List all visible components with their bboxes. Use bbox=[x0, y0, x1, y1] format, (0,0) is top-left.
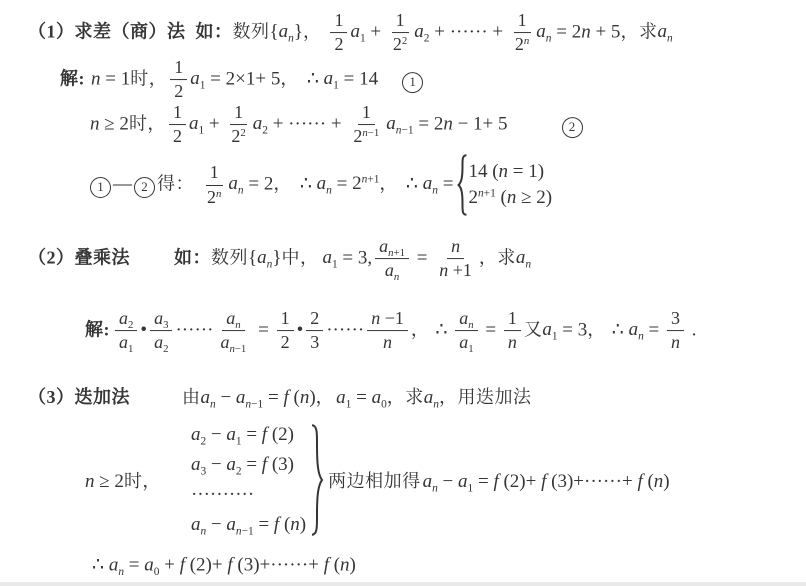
subscript-term: a2 bbox=[253, 113, 268, 134]
math-text: ······ bbox=[326, 319, 364, 340]
subscript-term: a3 bbox=[191, 454, 206, 475]
subscript-term: a1 bbox=[189, 113, 204, 134]
math-text: a bbox=[144, 555, 154, 576]
math-text: 2 bbox=[402, 36, 407, 48]
math-text: a bbox=[154, 333, 163, 353]
chinese-text: ， bbox=[411, 319, 430, 339]
method1-solve-n2-line: n ≥ 2时，12a1 + 122a2 + ······ + 12n−1an−1… bbox=[90, 103, 585, 147]
chinese-text: （2）叠乘法 bbox=[28, 247, 130, 267]
math-text: n+1 bbox=[478, 188, 496, 200]
fraction: 12n bbox=[511, 11, 533, 55]
math-text: 2 bbox=[174, 82, 183, 102]
math-text: n bbox=[383, 333, 392, 353]
spacer bbox=[130, 262, 174, 263]
spacer bbox=[194, 188, 200, 189]
math-text: a bbox=[458, 471, 468, 492]
chinese-text: ， bbox=[280, 68, 299, 88]
cases-group: 14 (n = 1)2n+1 (n ≥ 2) bbox=[457, 154, 552, 216]
math-text: a bbox=[257, 247, 267, 268]
math-text: a bbox=[379, 236, 388, 256]
fraction: 1n bbox=[504, 309, 521, 353]
math-text: a bbox=[228, 173, 238, 194]
math-text: ······ bbox=[175, 319, 213, 340]
math-text: 1 bbox=[508, 308, 517, 328]
math-text: + ······ + bbox=[429, 21, 507, 42]
math-text: + bbox=[204, 113, 224, 134]
math-text: (n ≥ 2) bbox=[496, 187, 552, 208]
math-text: ∴ bbox=[307, 68, 324, 89]
circled-number: 2 bbox=[562, 117, 583, 138]
math-text: a bbox=[226, 454, 236, 475]
math-text: = bbox=[481, 319, 501, 340]
fraction-denominator: 2n−1 bbox=[349, 126, 383, 147]
fraction-denominator: 2 bbox=[169, 126, 186, 147]
math-text: n bbox=[394, 272, 399, 284]
math-text: ∴ bbox=[300, 173, 317, 194]
fraction-numerator: 1 bbox=[170, 58, 187, 80]
math-text: a bbox=[201, 387, 211, 408]
fraction-denominator: 2 bbox=[330, 34, 347, 55]
fraction-denominator: a2 bbox=[150, 332, 172, 353]
superscript-term: 22 bbox=[231, 127, 245, 147]
chinese-text: 如： bbox=[196, 21, 233, 41]
fraction-denominator: n bbox=[667, 332, 684, 353]
spacer bbox=[130, 402, 182, 403]
math-text: 3 bbox=[310, 333, 319, 353]
subscript-term: a2 bbox=[414, 21, 429, 42]
circled-number: 1 bbox=[90, 177, 111, 198]
math-text: 2 bbox=[334, 35, 343, 55]
chinese-text: 时， bbox=[124, 471, 161, 491]
math-notes-document: （1）求差（商）法如：数列{an}，12a1 + 122a2 + ······ … bbox=[0, 0, 806, 586]
math-text: = bbox=[412, 247, 432, 268]
math-text: 2 bbox=[468, 187, 478, 208]
fraction: 12n−1 bbox=[349, 103, 383, 147]
subscript-term: a1 bbox=[459, 333, 473, 353]
method3-title-line: （3）迭加法由an − an−1 = f (n)，a1 = a0，求an，用迭加… bbox=[28, 383, 531, 409]
math-text: a bbox=[191, 514, 201, 535]
chinese-text: ， bbox=[273, 173, 292, 193]
math-text: n+1 bbox=[388, 247, 405, 259]
fraction-denominator: a1 bbox=[455, 332, 477, 353]
chinese-text: 由 bbox=[182, 387, 201, 407]
fraction-numerator: 2 bbox=[306, 309, 323, 331]
math-text: 14 (n = 1) bbox=[468, 161, 544, 182]
math-text: = 2×1+ 5 bbox=[205, 68, 280, 89]
math-text: ∴ bbox=[435, 319, 452, 340]
subscript-term: a2 bbox=[119, 308, 133, 328]
math-text: = f (n) bbox=[254, 514, 306, 535]
math-text: − bbox=[206, 514, 226, 535]
fraction-numerator: n −1 bbox=[367, 309, 408, 331]
math-text: n bbox=[524, 36, 529, 48]
math-text: = 3, bbox=[338, 247, 372, 268]
math-text: a bbox=[386, 113, 396, 134]
method3-result-line: ∴ an = a0 + f (2)+ f (3)+······+ f (n) bbox=[92, 554, 356, 577]
subscript-term: a1 bbox=[190, 68, 205, 89]
fraction: 12n bbox=[203, 163, 225, 207]
system-condition: n ≥ 2时， bbox=[85, 467, 187, 493]
math-text: } bbox=[294, 21, 303, 42]
subscript-term: a2 bbox=[191, 424, 206, 445]
fraction-numerator: 1 bbox=[230, 103, 247, 125]
math-text: a bbox=[657, 21, 667, 42]
equation-row: ·········· bbox=[191, 480, 254, 510]
math-text: a bbox=[350, 21, 360, 42]
math-text: = bbox=[332, 173, 352, 194]
subscript-term: a1 bbox=[119, 333, 133, 353]
math-text: n bbox=[235, 319, 240, 331]
subscript-term: an bbox=[257, 247, 272, 268]
math-text: 1 bbox=[234, 102, 243, 122]
math-text: a bbox=[226, 514, 236, 535]
subscript-term: an−1 bbox=[220, 333, 246, 353]
chinese-text: ， bbox=[620, 21, 639, 41]
subscript-term: an bbox=[109, 555, 124, 576]
superscript-term: 2n−1 bbox=[353, 127, 379, 147]
math-text: 3 bbox=[671, 308, 680, 328]
fraction-numerator: 1 bbox=[330, 11, 347, 33]
circled-number: 2 bbox=[134, 177, 155, 198]
chinese-text: 求 bbox=[497, 247, 516, 267]
subscript-term: an−1 bbox=[226, 514, 253, 535]
fraction-denominator: 22 bbox=[227, 126, 249, 147]
system-conclusion: 两边相加得an − a1 = f (2)+ f (3)+······+ f (n… bbox=[328, 467, 670, 493]
fraction-denominator: 2 bbox=[277, 332, 294, 353]
spacer bbox=[161, 486, 187, 487]
math-text: 1 bbox=[334, 10, 343, 30]
math-text: = f (2)+ f (3)+······+ f (n) bbox=[473, 471, 669, 492]
chinese-text: 求 bbox=[405, 387, 424, 407]
math-text: a bbox=[324, 68, 334, 89]
fraction-numerator: 1 bbox=[358, 103, 375, 125]
subscript-term: an bbox=[201, 387, 216, 408]
math-text: n−1 bbox=[396, 125, 414, 137]
cases-row: 2n+1 (n ≥ 2) bbox=[468, 185, 552, 211]
math-text: a bbox=[154, 308, 163, 328]
math-text: a bbox=[253, 113, 263, 134]
math-text: = bbox=[124, 555, 144, 576]
right-brace-icon bbox=[310, 423, 324, 537]
math-text: = bbox=[351, 387, 371, 408]
spacer bbox=[398, 188, 406, 189]
math-text: — bbox=[113, 173, 132, 194]
math-text: n = 1 bbox=[91, 68, 130, 89]
math-text: n−1 bbox=[229, 344, 246, 356]
subscript-term: an bbox=[424, 387, 439, 408]
math-text: • bbox=[140, 319, 147, 340]
chinese-text: 数列 bbox=[233, 21, 270, 41]
math-text: a bbox=[191, 454, 201, 475]
math-text: a bbox=[542, 319, 552, 340]
subscript-term: an bbox=[226, 308, 240, 328]
method3-system-line: n ≥ 2时，a2 − a1 = f (2)a3 − a2 = f (3)···… bbox=[85, 420, 670, 540]
math-text: 1 bbox=[174, 57, 183, 77]
subscript-term: a1 bbox=[542, 319, 557, 340]
math-text: a bbox=[191, 424, 201, 445]
math-text: a bbox=[317, 173, 327, 194]
fraction-numerator: an+1 bbox=[375, 237, 409, 259]
math-text: + f (2)+ f (3)+······+ f (n) bbox=[159, 555, 355, 576]
math-text: 2 bbox=[231, 127, 240, 147]
math-text: n bbox=[216, 188, 221, 200]
math-text: n bbox=[508, 333, 517, 353]
superscript-term: 22 bbox=[393, 35, 407, 55]
method1-solve-n1-line: 解:n = 1时，12a1 = 2×1+ 5，∴ a1 = 141 bbox=[60, 58, 425, 102]
fraction-denominator: an−1 bbox=[216, 332, 250, 353]
math-text: ∴ bbox=[612, 319, 629, 340]
math-text: 1 bbox=[128, 344, 133, 356]
math-text: n bbox=[525, 259, 531, 271]
math-text: 2 bbox=[173, 127, 182, 147]
subscript-term: an bbox=[516, 247, 531, 268]
fraction-denominator: n bbox=[504, 332, 521, 353]
method1-subtract-result-line: 1—2得：12nan = 2，∴ an = 2n+1，∴ an =14 (n =… bbox=[88, 154, 552, 216]
fraction-numerator: an bbox=[222, 309, 244, 331]
math-text: a bbox=[424, 387, 434, 408]
chinese-text: （1）求差（商）法 bbox=[28, 21, 186, 41]
spacer bbox=[186, 36, 196, 37]
fraction-denominator: an bbox=[381, 260, 403, 281]
math-text: a bbox=[516, 247, 526, 268]
chinese-text: （3）迭加法 bbox=[28, 387, 130, 407]
subscript-term: a1 bbox=[226, 424, 241, 445]
math-text: a bbox=[119, 333, 128, 353]
math-text: { bbox=[248, 247, 257, 268]
fraction: anan−1 bbox=[216, 309, 250, 353]
chinese-text: 中， bbox=[281, 247, 318, 267]
chinese-text: 解: bbox=[85, 319, 110, 339]
math-text: ∴ bbox=[92, 555, 109, 576]
superscript-term: 2n bbox=[515, 35, 529, 55]
math-text: a bbox=[322, 247, 332, 268]
math-text: 2 bbox=[281, 333, 290, 353]
spacer bbox=[292, 188, 300, 189]
math-text: a bbox=[279, 21, 289, 42]
subscript-term: an bbox=[317, 173, 332, 194]
math-text: 3 bbox=[163, 319, 168, 331]
fraction: 122 bbox=[227, 103, 249, 147]
math-text: 2 bbox=[163, 344, 168, 356]
fraction-denominator: 3 bbox=[306, 332, 323, 353]
fraction-denominator: 22 bbox=[389, 34, 411, 55]
fraction: 12 bbox=[277, 309, 294, 353]
subscript-term: a0 bbox=[144, 555, 159, 576]
math-text: a bbox=[372, 387, 382, 408]
fraction-numerator: 3 bbox=[667, 309, 684, 331]
math-text: n−1 bbox=[236, 525, 254, 537]
math-text: a bbox=[119, 308, 128, 328]
math-text: + bbox=[366, 21, 386, 42]
math-text: − bbox=[216, 387, 236, 408]
math-text: + ······ + bbox=[268, 113, 346, 134]
fraction-numerator: a2 bbox=[115, 309, 137, 331]
math-text: 1 bbox=[362, 102, 371, 122]
subscript-term: an bbox=[423, 173, 438, 194]
method2-solve-line: 解:a2a1•a3a2······anan−1 = 12•23······n −… bbox=[85, 309, 697, 353]
subscript-term: a1 bbox=[322, 247, 337, 268]
fraction: 12 bbox=[169, 103, 186, 147]
fraction-numerator: 1 bbox=[514, 11, 531, 33]
math-text: 1 bbox=[396, 10, 405, 30]
math-text: n ≥ 2 bbox=[85, 471, 124, 492]
fraction-numerator: 1 bbox=[206, 163, 223, 185]
chinese-text: 又 bbox=[524, 319, 543, 339]
math-text: 2 bbox=[310, 308, 319, 328]
fraction-denominator: 2n bbox=[203, 186, 225, 207]
math-text: = bbox=[644, 319, 664, 340]
math-text: − bbox=[206, 424, 226, 445]
subscript-term: an bbox=[423, 471, 438, 492]
subscript-term: a2 bbox=[226, 454, 241, 475]
math-text: a bbox=[629, 319, 639, 340]
fraction-numerator: 1 bbox=[277, 309, 294, 331]
fraction-numerator: a3 bbox=[150, 309, 172, 331]
fraction: 3n bbox=[667, 309, 684, 353]
chinese-text: 数列 bbox=[211, 247, 248, 267]
chinese-text: ， bbox=[587, 319, 606, 339]
subscript-term: an−1 bbox=[386, 113, 413, 134]
cases-rows: 14 (n = 1)2n+1 (n ≥ 2) bbox=[468, 159, 552, 211]
math-text: n ≥ 2 bbox=[90, 113, 129, 134]
method1-title-line: （1）求差（商）法如：数列{an}，12a1 + 122a2 + ······ … bbox=[28, 11, 673, 55]
fraction-numerator: n bbox=[447, 237, 464, 259]
chinese-text: ，用迭加法 bbox=[439, 387, 532, 407]
math-text: a bbox=[226, 308, 235, 328]
subscript-term: a1 bbox=[350, 21, 365, 42]
math-text: n +1 bbox=[439, 261, 472, 281]
math-text: 2 bbox=[207, 187, 216, 207]
subscript-term: an bbox=[385, 261, 399, 281]
math-text: = f (3) bbox=[242, 454, 294, 475]
fraction: n −1n bbox=[367, 309, 408, 353]
math-text: = f (2) bbox=[242, 424, 294, 445]
subscript-term: a1 bbox=[458, 471, 473, 492]
fraction-denominator: a1 bbox=[115, 332, 137, 353]
math-text: a bbox=[189, 113, 199, 134]
subscript-term: an bbox=[279, 21, 294, 42]
chinese-text: ， bbox=[303, 21, 322, 41]
math-text: = bbox=[253, 319, 273, 340]
cases-row: 14 (n = 1) bbox=[468, 159, 544, 185]
scan-edge-artifact bbox=[0, 582, 806, 586]
subscript-term: an+1 bbox=[379, 236, 405, 256]
math-text: 1 bbox=[518, 10, 527, 30]
math-text: a bbox=[109, 555, 119, 576]
math-text: n−1 bbox=[245, 398, 263, 410]
math-text: a bbox=[190, 68, 200, 89]
chinese-text: ， bbox=[316, 387, 335, 407]
fraction-denominator: 2 bbox=[170, 81, 187, 102]
chinese-text: ， bbox=[387, 387, 406, 407]
fraction: nn +1 bbox=[435, 237, 476, 281]
math-text: 2 bbox=[393, 35, 402, 55]
math-text: a bbox=[536, 21, 546, 42]
chinese-text: 两边相加得 bbox=[328, 471, 421, 491]
math-text: = f (n) bbox=[263, 387, 315, 408]
chinese-text: ， bbox=[379, 173, 398, 193]
math-text: 2 bbox=[128, 319, 133, 331]
math-text: a bbox=[459, 333, 468, 353]
math-text: a bbox=[236, 387, 246, 408]
subscript-term: a1 bbox=[324, 68, 339, 89]
fraction: 12 bbox=[170, 58, 187, 102]
subscript-term: an bbox=[536, 21, 551, 42]
math-text: 1 bbox=[468, 344, 473, 356]
math-text: n+1 bbox=[362, 174, 380, 186]
math-text: ·········· bbox=[191, 484, 254, 505]
math-text: = bbox=[438, 173, 453, 194]
fraction-numerator: 1 bbox=[392, 11, 409, 33]
math-text: n −1 bbox=[371, 308, 404, 328]
math-text: a bbox=[385, 261, 394, 281]
math-text: 2 bbox=[515, 35, 524, 55]
fraction-numerator: an bbox=[455, 309, 477, 331]
superscript-term: 2n+1 bbox=[352, 173, 379, 194]
math-text: 2 bbox=[352, 173, 362, 194]
math-text: 1 bbox=[210, 162, 219, 182]
fraction: an+1an bbox=[375, 237, 409, 281]
math-text: 2 bbox=[240, 128, 245, 140]
chinese-text: 求 bbox=[639, 21, 658, 41]
superscript-term: 2n+1 bbox=[468, 187, 495, 208]
fraction-numerator: 1 bbox=[169, 103, 186, 125]
fraction: ana1 bbox=[455, 309, 477, 353]
system-equations: a2 − a1 = f (2)a3 − a2 = f (3)··········… bbox=[191, 420, 306, 540]
equation-row: an − an−1 = f (n) bbox=[191, 510, 306, 540]
math-text: 1 bbox=[281, 308, 290, 328]
math-text: . bbox=[687, 319, 697, 340]
math-text: n bbox=[451, 236, 460, 256]
math-text: a bbox=[336, 387, 346, 408]
math-text: − bbox=[438, 471, 458, 492]
math-text: − bbox=[206, 454, 226, 475]
fraction-numerator: 1 bbox=[504, 309, 521, 331]
spacer bbox=[321, 36, 327, 37]
left-brace-icon bbox=[457, 154, 468, 216]
spacer bbox=[299, 83, 307, 84]
subscript-term: a2 bbox=[154, 333, 168, 353]
subscript-term: a1 bbox=[336, 387, 351, 408]
fraction: 12 bbox=[330, 11, 347, 55]
equation-row: a2 − a1 = f (2) bbox=[191, 420, 294, 450]
fraction-denominator: 2n bbox=[511, 34, 533, 55]
math-text: a bbox=[423, 471, 433, 492]
circled-number: 1 bbox=[402, 72, 423, 93]
fraction: a3a2 bbox=[150, 309, 172, 353]
subscript-term: an bbox=[459, 308, 473, 328]
math-text: ∴ bbox=[406, 173, 423, 194]
math-text: a bbox=[414, 21, 424, 42]
subscript-term: an bbox=[228, 173, 243, 194]
subscript-term: an bbox=[191, 514, 206, 535]
chinese-text: 时， bbox=[129, 113, 166, 133]
math-text: = 3 bbox=[558, 319, 588, 340]
spacer bbox=[378, 83, 400, 84]
subscript-term: an−1 bbox=[236, 387, 263, 408]
subscript-term: an bbox=[629, 319, 644, 340]
fraction-denominator: n +1 bbox=[435, 260, 476, 281]
subscript-term: an bbox=[657, 21, 672, 42]
spacer bbox=[508, 128, 560, 129]
math-text: a bbox=[226, 424, 236, 445]
superscript-term: 2n bbox=[207, 187, 221, 207]
fraction: 122 bbox=[389, 11, 411, 55]
math-text: a bbox=[459, 308, 468, 328]
math-text: 1 bbox=[173, 102, 182, 122]
math-text: n bbox=[671, 333, 680, 353]
math-text: = 2n − 1+ 5 bbox=[414, 113, 508, 134]
